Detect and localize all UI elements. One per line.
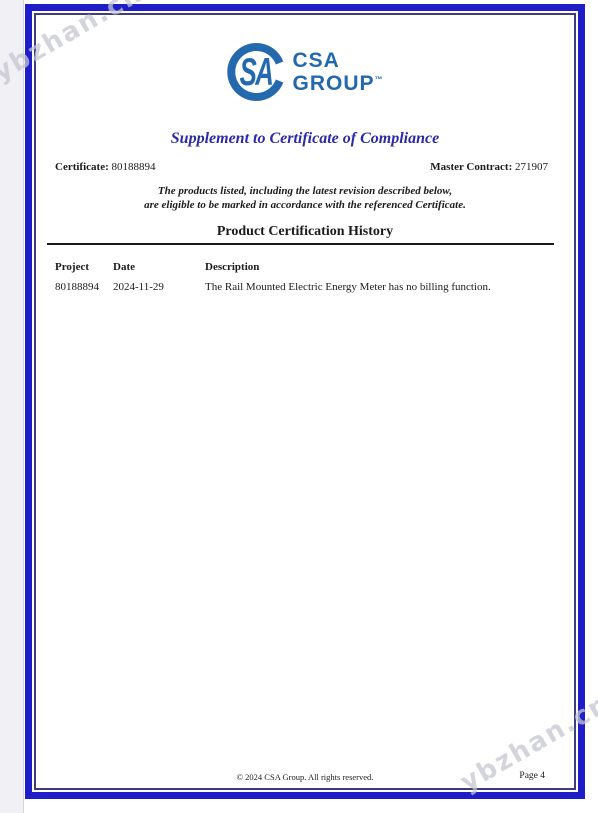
page-border-inner: SA CSA GROUP™ Supplement to Certificate … [34, 13, 576, 790]
eligibility-line1: The products listed, including the lates… [36, 184, 574, 198]
logo-line1: CSA [292, 49, 339, 72]
certificate-page: SA CSA GROUP™ Supplement to Certificate … [0, 0, 598, 813]
page-number: Page 4 [519, 771, 545, 781]
trademark-symbol: ™ [375, 75, 383, 84]
heading-rule [47, 243, 554, 245]
column-header-description: Description [205, 261, 562, 274]
eligibility-line2: are eligible to be marked in accordance … [36, 198, 574, 212]
cell-project: 80188894 [55, 281, 113, 294]
csa-group-logo: SA CSA GROUP™ [36, 41, 574, 103]
master-contract-label: Master Contract: [430, 161, 512, 173]
column-header-date: Date [113, 261, 205, 274]
copyright-notice: © 2024 CSA Group. All rights reserved. [36, 772, 574, 782]
document-title: Supplement to Certificate of Compliance [36, 130, 574, 148]
certificate-info-row: Certificate: 80188894 Master Contract: 2… [55, 161, 548, 173]
history-heading: Product Certification History [36, 224, 574, 240]
certificate-label: Certificate: [55, 161, 109, 173]
csa-monogram-letters: SA [240, 50, 273, 94]
cell-date: 2024-11-29 [113, 281, 205, 294]
certificate-number: Certificate: 80188894 [55, 161, 156, 173]
column-header-project: Project [55, 261, 113, 274]
logo-line2: GROUP [292, 72, 374, 95]
page-border-outer: SA CSA GROUP™ Supplement to Certificate … [25, 4, 585, 799]
table-row: 80188894 2024-11-29 The Rail Mounted Ele… [55, 281, 562, 294]
history-table-header: Project Date Description [55, 261, 562, 274]
master-contract: Master Contract: 271907 [430, 161, 548, 173]
page-edge-strip [0, 0, 24, 813]
eligibility-statement: The products listed, including the lates… [36, 184, 574, 212]
cell-description: The Rail Mounted Electric Energy Meter h… [205, 281, 562, 294]
csa-group-wordmark: CSA GROUP™ [292, 51, 382, 93]
certificate-value: 80188894 [112, 161, 156, 173]
csa-monogram-icon: SA [227, 41, 285, 103]
master-contract-value: 271907 [515, 161, 548, 173]
